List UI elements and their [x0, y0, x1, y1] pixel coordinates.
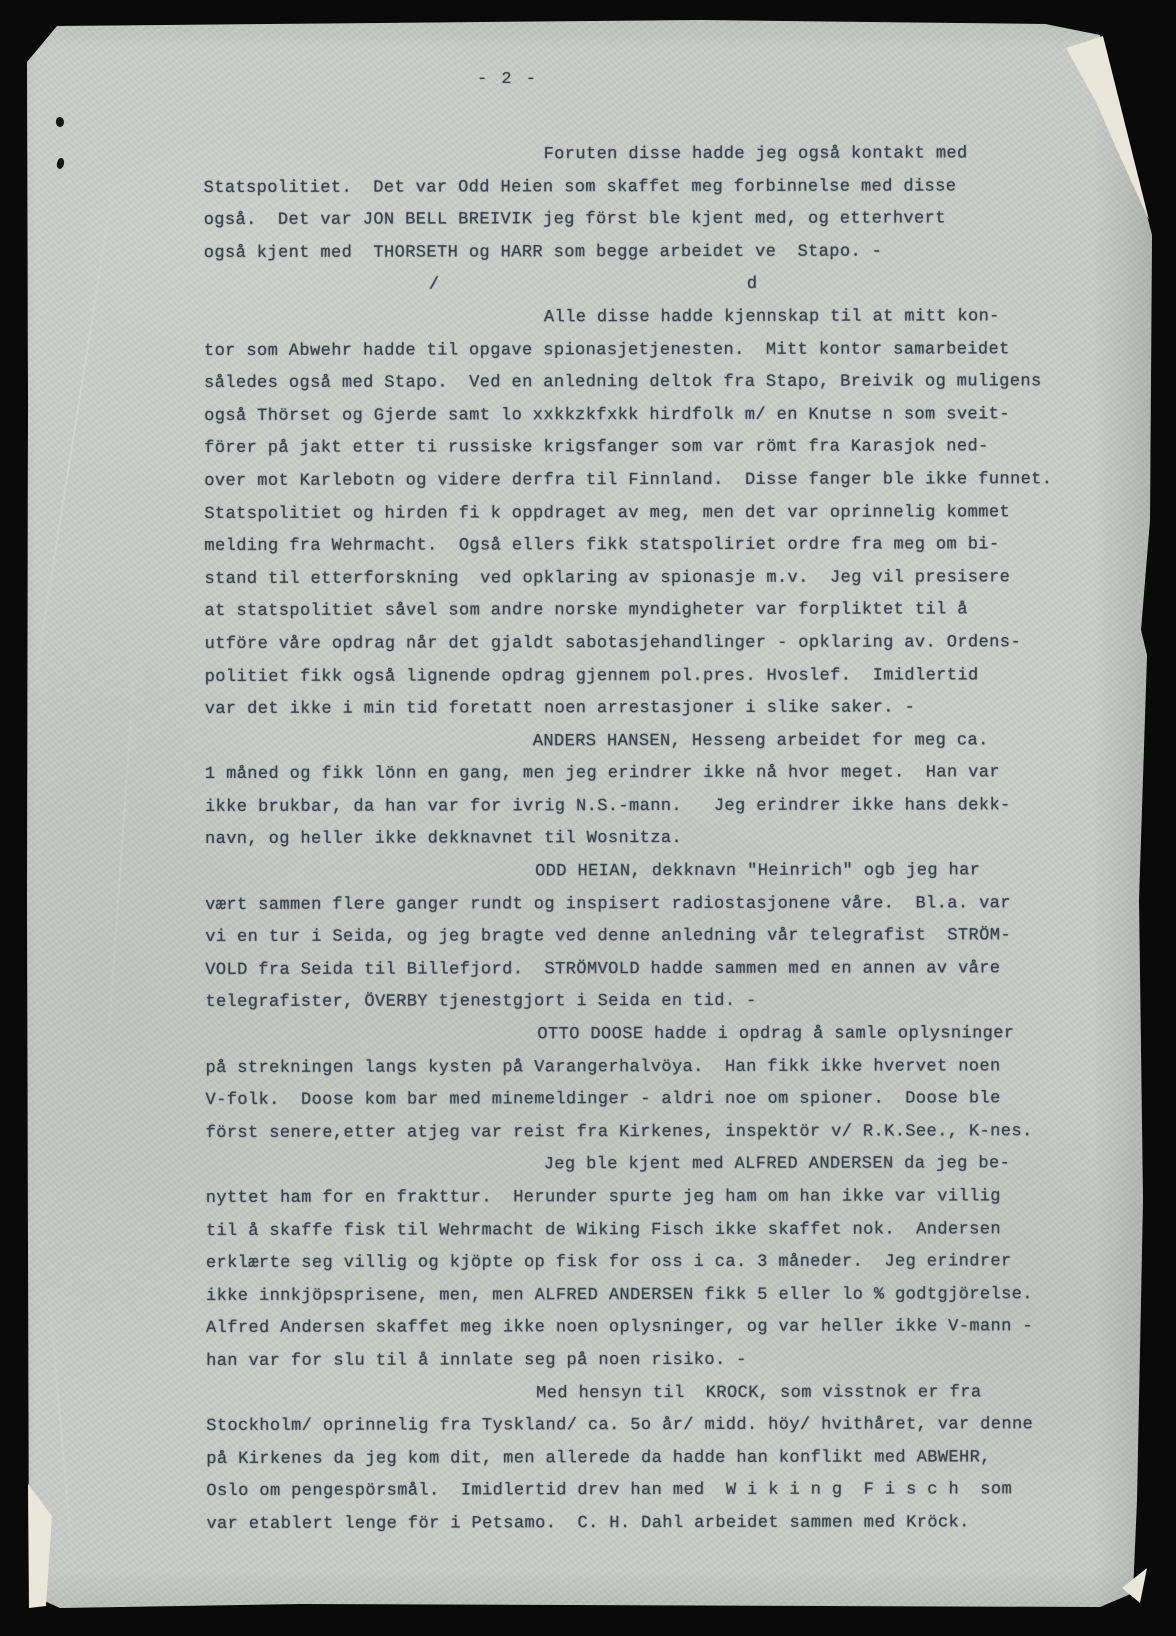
- text-line: vi en tur i Seida, og jeg bragte ved den…: [205, 920, 1115, 954]
- text-line: ANDERS HANSEN, Hesseng arbeidet for meg …: [205, 725, 1115, 759]
- text-line: ODD HEIAN, dekknavn "Heinrich" ogb jeg h…: [205, 855, 1115, 889]
- text-line: tor som Abwehr hadde til opgave spionasj…: [204, 334, 1114, 368]
- page-number: - 2 -: [477, 70, 538, 89]
- text-line: Med hensyn til KROCK, som visstnok er fr…: [206, 1377, 1116, 1411]
- text-line: utföre våre opdrag når det gjaldt sabota…: [205, 627, 1115, 661]
- text-line: melding fra Wehrmacht. Også ellers fikk …: [204, 529, 1114, 563]
- text-line: på strekningen langs kysten på Varangerh…: [205, 1051, 1115, 1085]
- text-line: telegrafister, ÖVERBY tjenestgjort i Sei…: [205, 985, 1115, 1019]
- text-line: også. Det var JON BELL BREIVIK jeg först…: [204, 203, 1114, 237]
- text-line: ikke innkjöpsprisene, men, men ALFRED AN…: [206, 1279, 1116, 1313]
- text-line: var det ikke i min tid foretatt noen arr…: [205, 692, 1115, 726]
- text-line: OTTO DOOSE hadde i opdrag å samle oplysn…: [205, 1018, 1115, 1052]
- text-line: Alfred Andersen skaffet meg ikke noen op…: [206, 1311, 1116, 1345]
- text-line: 1 måned og fikk lönn en gang, men jeg er…: [205, 757, 1115, 791]
- document-page: - 2 - Foruten disse hadde jeg også konta…: [0, 0, 1176, 1636]
- text-line: nyttet ham for en frakttur. Herunder spu…: [206, 1181, 1116, 1215]
- text-line: således også med Stapo. Ved en anledning…: [204, 366, 1114, 400]
- text-line: Statspolitiet og hirden fi k oppdraget a…: [204, 497, 1114, 531]
- text-line: V-folk. Doose kom bar med minemeldinger …: [206, 1083, 1116, 1117]
- typewritten-text-block: Foruten disse hadde jeg også kontakt med…: [204, 138, 1117, 1541]
- text-line: Foruten disse hadde jeg også kontakt med: [204, 138, 1114, 172]
- text-line: erklærte seg villig og kjöpte op fisk fo…: [206, 1246, 1116, 1280]
- text-line: politiet fikk også lignende opdrag gjenn…: [205, 660, 1115, 694]
- text-line: også Thörset og Gjerde samt lo xxkkzkfxk…: [204, 399, 1114, 433]
- text-line: Jeg ble kjent med ALFRED ANDERSEN da jeg…: [206, 1148, 1116, 1182]
- scan-background: - 2 - Foruten disse hadde jeg også konta…: [0, 0, 1176, 1636]
- text-line: först senere,etter atjeg var reist fra K…: [206, 1116, 1116, 1150]
- text-line: förer på jakt etter ti russiske krigsfan…: [204, 431, 1114, 465]
- text-line: på Kirkenes da jeg kom dit, men allerede…: [206, 1442, 1116, 1476]
- text-line: / d: [204, 268, 1114, 302]
- text-line: VOLD fra Seida til Billefjord. STRÖMVOLD…: [205, 953, 1115, 987]
- text-line: han var for slu til å innlate seg på noe…: [206, 1344, 1116, 1378]
- text-line: Statspolitiet. Det var Odd Heien som ska…: [204, 171, 1114, 205]
- text-line: navn, og heller ikke dekknavnet til Wosn…: [205, 823, 1115, 857]
- text-line: over mot Karlebotn og videre derfra til …: [204, 464, 1114, 498]
- text-line: Alle disse hadde kjennskap til at mitt k…: [204, 301, 1114, 335]
- text-line: vært sammen flere ganger rundt og inspis…: [205, 888, 1115, 922]
- text-line: Oslo om pengespörsmål. Imidlertid drev h…: [206, 1474, 1116, 1508]
- text-line: til å skaffe fisk til Wehrmacht de Wikin…: [206, 1214, 1116, 1248]
- text-line: også kjent med THORSETH og HARR som begg…: [204, 236, 1114, 270]
- punch-hole-mark: [56, 157, 66, 169]
- text-line: stand til etterforskning ved opklaring a…: [204, 562, 1114, 596]
- text-line: at statspolitiet såvel som andre norske …: [204, 594, 1114, 628]
- paper-crease: [30, 173, 116, 707]
- text-line: ikke brukbar, da han var for ivrig N.S.-…: [205, 790, 1115, 824]
- paper-crease: [47, 1280, 75, 1579]
- text-line: var etablert lenge för i Petsamo. C. H. …: [206, 1507, 1116, 1541]
- paper-crease: [105, 650, 136, 1069]
- text-line: Stockholm/ oprinnelig fra Tyskland/ ca. …: [206, 1409, 1116, 1443]
- punch-hole-mark: [56, 117, 64, 127]
